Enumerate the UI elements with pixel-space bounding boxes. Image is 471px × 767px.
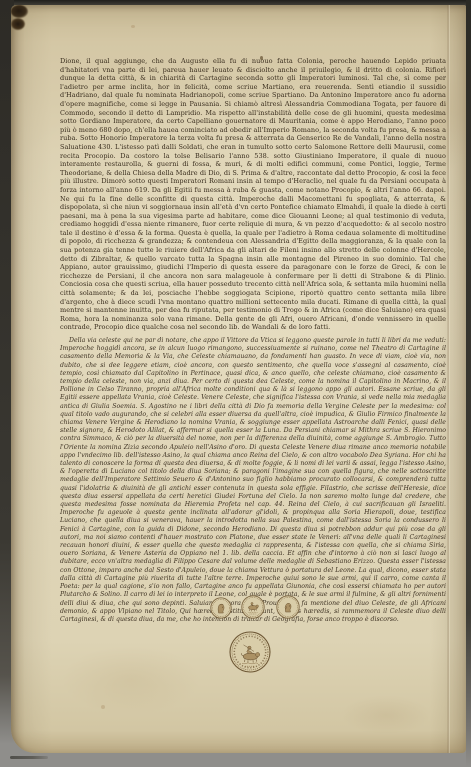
foxing-spot xyxy=(131,25,135,28)
main-paragraph: Dione, il qual aggiunge, che da Augusto … xyxy=(60,57,446,332)
goddess-on-lion-medal-icon xyxy=(241,595,265,619)
ink-blot xyxy=(11,5,28,18)
laureate-head-medal-icon xyxy=(210,597,232,619)
text-column: Dione, il qual aggiunge, che da Augusto … xyxy=(60,57,446,624)
paper-stain xyxy=(341,695,431,735)
foxing-spot xyxy=(101,705,105,709)
caelestis-riding-lion-medal-icon xyxy=(229,631,271,673)
ink-speck xyxy=(260,56,263,60)
page-fold-crease xyxy=(447,5,450,753)
draped-bust-medal-icon xyxy=(276,595,300,619)
scan-border-right xyxy=(466,0,471,767)
commentary-paragraph: Della via celeste qui ne par di notare, … xyxy=(60,337,446,624)
paper-stain xyxy=(61,645,201,715)
ink-blot xyxy=(11,18,25,30)
scanned-page: Dione, il qual aggiunge, che da Augusto … xyxy=(0,0,471,767)
foxing-spot xyxy=(391,485,396,489)
margin-smudge xyxy=(10,756,48,759)
book-page: Dione, il qual aggiunge, che da Augusto … xyxy=(11,5,466,753)
